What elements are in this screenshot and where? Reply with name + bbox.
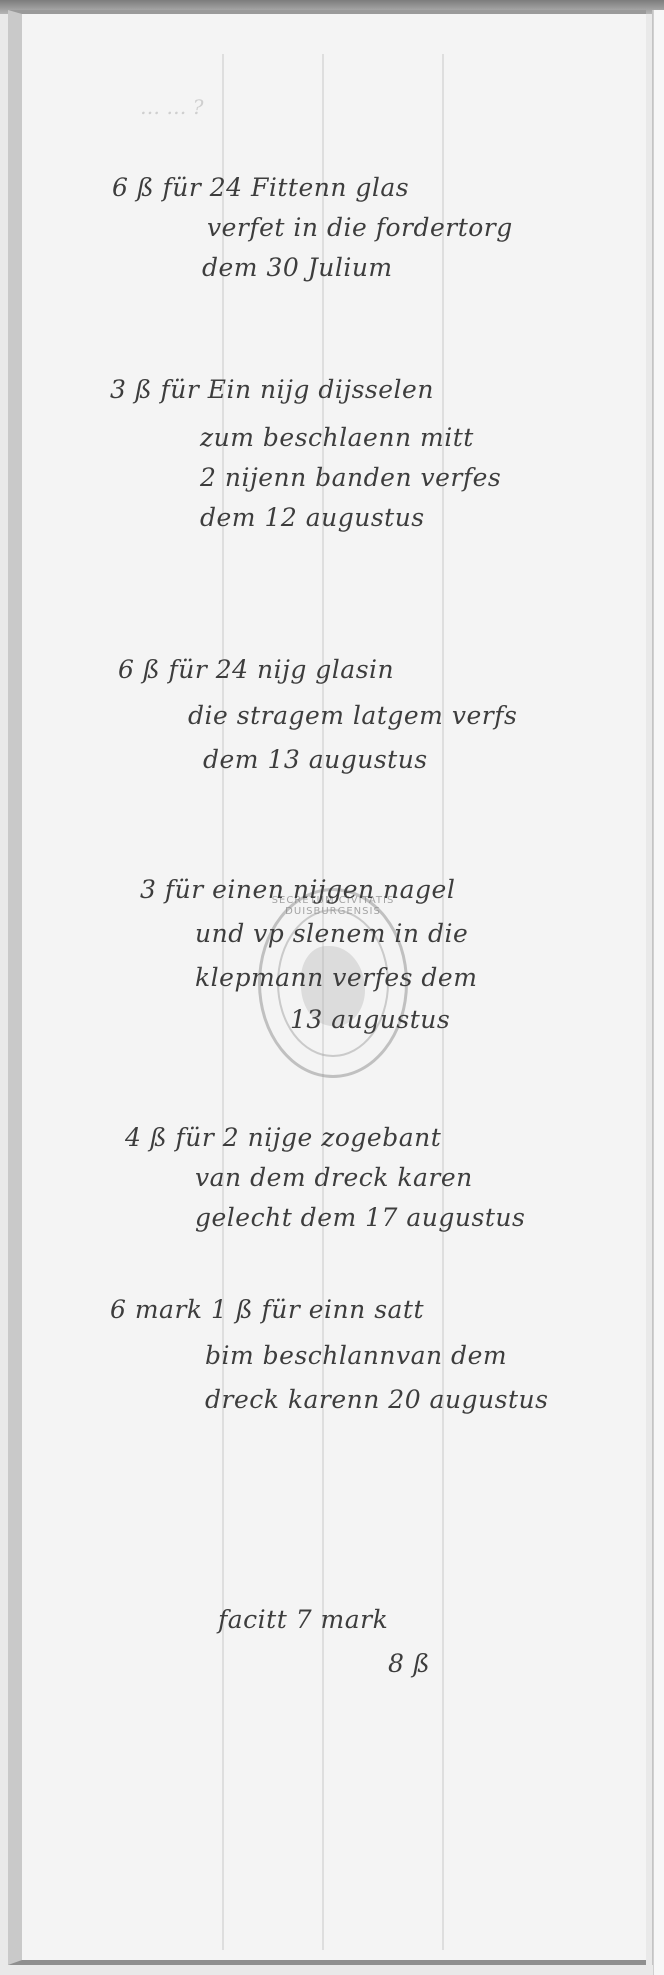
entry-line: van dem dreck karen [195, 1158, 525, 1198]
ledger-entry: 6 ß für 24 nijg glasin die stragem latge… [118, 650, 517, 780]
ledger-entry: 3 ß für Ein nijg dijsselen zum beschlaen… [110, 370, 501, 538]
faded-header-text: … … ? [140, 95, 203, 119]
total-line: 8 ß [388, 1644, 430, 1684]
entry-line: zum beschlaenn mitt [200, 418, 501, 458]
ledger-entry: 6 mark 1 ß für einn satt bim beschlannva… [110, 1290, 548, 1420]
entry-line: 6 ß für 24 Fittenn glas [112, 168, 513, 208]
ledger-total: facitt 7 mark 8 ß [218, 1600, 430, 1684]
entry-line: bim beschlannvan dem [205, 1336, 548, 1376]
entry-line: dreck karenn 20 augustus [205, 1380, 548, 1420]
entry-line: verfet in die fordertorg [207, 208, 513, 248]
entry-line: klepmann verfes dem [195, 958, 477, 998]
entry-line: 3 für einen nijgen nagel [140, 870, 477, 910]
entry-line: gelecht dem 17 augustus [195, 1198, 525, 1238]
entry-line: dem 30 Julium [202, 248, 513, 288]
entry-line: 4 ß für 2 nijge zogebant [125, 1118, 525, 1158]
ledger-entry: 6 ß für 24 Fittenn glas verfet in die fo… [112, 168, 513, 288]
entry-line: dem 13 augustus [203, 740, 517, 780]
entry-line: 3 ß für Ein nijg dijsselen [110, 370, 501, 410]
entry-line: 2 nijenn banden verfes [200, 458, 501, 498]
total-line: facitt 7 mark [218, 1600, 430, 1640]
entry-line: 6 ß für 24 nijg glasin [118, 650, 517, 690]
ledger-entry: 4 ß für 2 nijge zogebant van dem dreck k… [125, 1118, 525, 1238]
entry-line: und vp slenem in die [195, 914, 477, 954]
entry-line: 6 mark 1 ß für einn satt [110, 1290, 548, 1330]
ledger-entry: 3 für einen nijgen nagel und vp slenem i… [140, 870, 477, 1040]
entry-line: dem 12 augustus [200, 498, 501, 538]
entry-line: die stragem latgem verfs [188, 696, 517, 736]
entry-line: 13 augustus [290, 1000, 477, 1040]
adjacent-page-edge [653, 10, 664, 1975]
